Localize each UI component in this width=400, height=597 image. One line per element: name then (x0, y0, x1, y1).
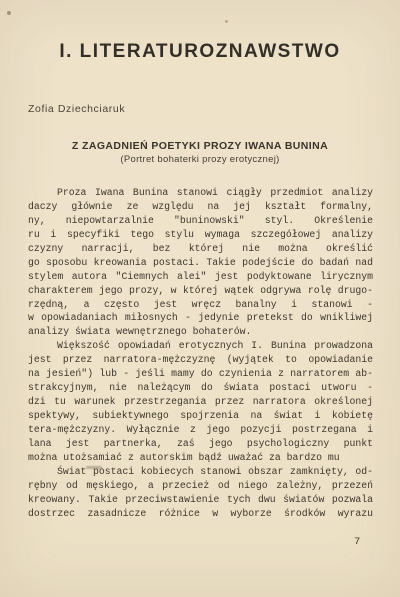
body-text: Proza Iwana Bunina stanowi ciągły przedm… (28, 186, 373, 521)
article-subtitle: (Portret bohaterki prozy erotycznej) (0, 154, 400, 165)
section-title: I. LITERATUROZNAWSTWO (0, 41, 400, 63)
body-line: tera-mężczyzny. Wyłącznie z jego pozycji… (28, 423, 373, 437)
body-line: można utożsamiać z autorskim bądź uważać… (28, 451, 373, 465)
scanned-book-page: I. LITERATUROZNAWSTWO Zofia Dziechciaruk… (0, 0, 400, 597)
author-name: Zofia Dziechciaruk (28, 103, 125, 115)
body-line: w opowiadaniach miłosnych - jedynie pret… (28, 311, 373, 325)
body-line: strakcyjnym, nie należącym do świata pos… (28, 381, 373, 395)
body-line: spektywy, subiektywnego spojrzenia na św… (28, 409, 373, 423)
body-line: charakterem jego prozy, w której wątek o… (28, 284, 373, 298)
body-line: analizy świata wewnętrznego bohaterów. (28, 325, 373, 339)
body-line: ru i specyfiki tego stylu wymaga szczegó… (28, 228, 373, 242)
article-title: Z ZAGADNIEŃ POETYKI PROZY IWANA BUNINA (0, 140, 400, 152)
body-line: stylem autora "Ciemnych alei" jest podyk… (28, 270, 373, 284)
body-line: rębny od męskiego, a przecież od niego z… (28, 479, 373, 493)
body-line: czyzny narracji, bez której nie można ok… (28, 242, 373, 256)
body-line: na jesień") lub - jeśli mamy do czynieni… (28, 367, 373, 381)
body-line: dostrzec zasadnicze różnice w wyborze śr… (28, 507, 373, 521)
body-line: ny, niepowtarzalnie "buninowski" styl. O… (28, 214, 373, 228)
scan-speck (7, 11, 11, 15)
scan-speck (225, 20, 228, 23)
body-line: lana jest partnerka, zaś jego psychologi… (28, 437, 373, 451)
body-line: Większość opowiadań erotycznych I. Bunin… (28, 339, 373, 353)
body-line: Proza Iwana Bunina stanowi ciągły przedm… (28, 186, 373, 200)
body-line: dzi tu warunek przestrzegania przez narr… (28, 395, 373, 409)
body-line: rzędną, a często jest wręcz banalny i st… (28, 298, 373, 312)
body-line: jest przez narratora-mężczyznę (wyjątek … (28, 353, 373, 367)
body-line: go sposobu kreowania postaci. Takie pode… (28, 256, 373, 270)
body-line: Świat postaci kobiecych stanowi obszar z… (28, 465, 373, 479)
body-line: kreowany. Takie przeciwstawienie tych dw… (28, 493, 373, 507)
page-number: 7 (354, 536, 360, 548)
body-line: daczy głównie ze względu na jej kształt … (28, 200, 373, 214)
